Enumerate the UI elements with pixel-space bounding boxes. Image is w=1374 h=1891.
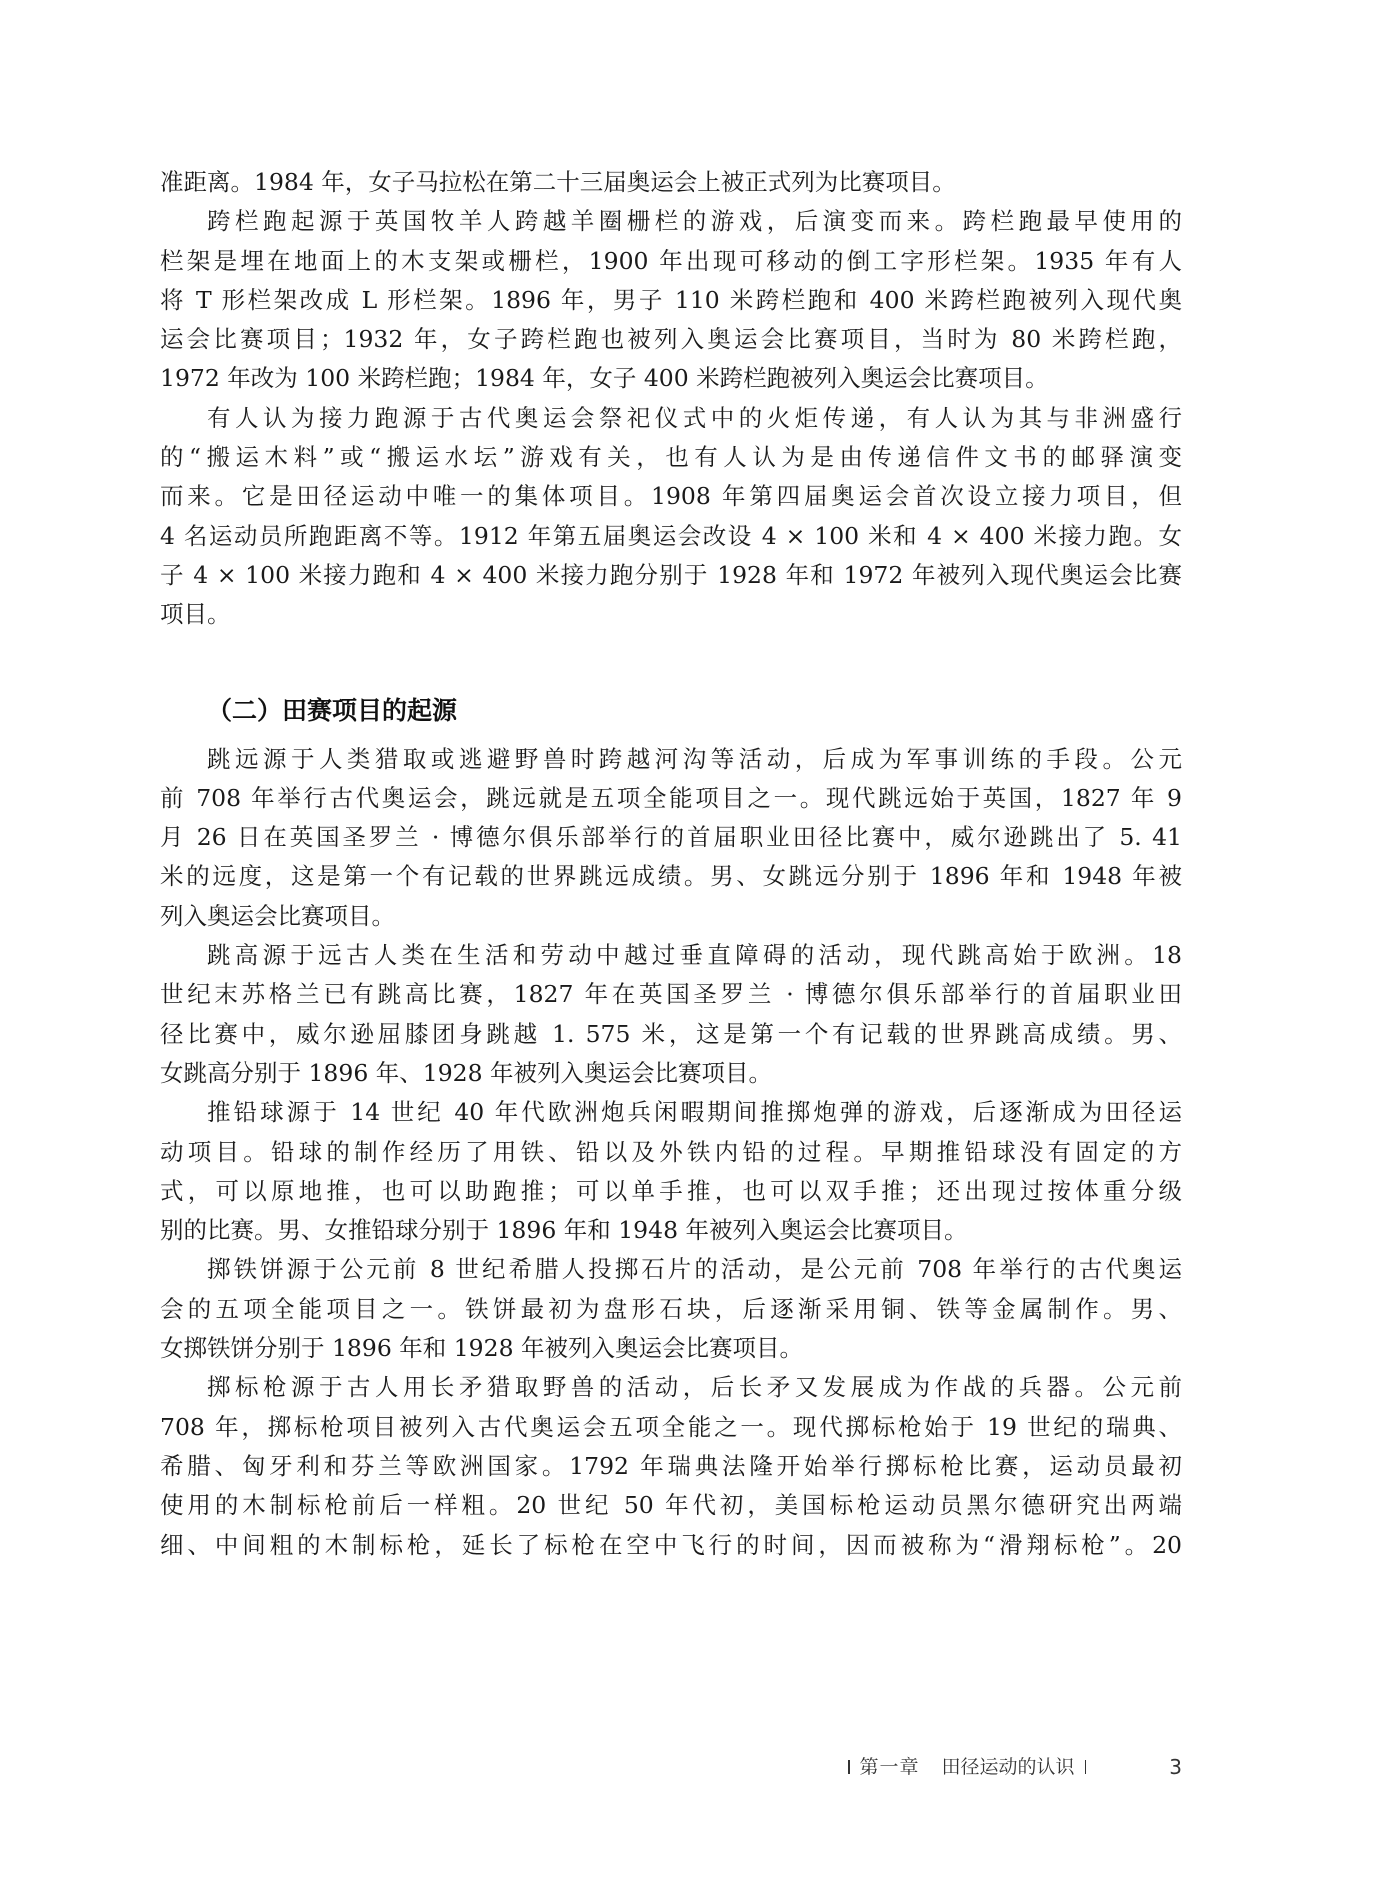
text-line: 的“搬运木料”或“搬运水坛”游戏有关，也有人认为是由传递信件文书的邮驿演变	[160, 438, 1182, 477]
text-line: 有人认为接力跑源于古代奥运会祭祀仪式中的火炬传递，有人认为其与非洲盛行	[160, 399, 1182, 438]
text-line: 项目。	[160, 595, 1182, 634]
paragraph-relay: 有人认为接力跑源于古代奥运会祭祀仪式中的火炬传递，有人认为其与非洲盛行 的“搬运…	[160, 399, 1182, 635]
paragraph-javelin: 掷标枪源于古人用长矛猎取野兽的活动，后长矛又发展成为作战的兵器。公元前 708 …	[160, 1368, 1182, 1564]
text-line: 708 年，掷标枪项目被列入古代奥运会五项全能之一。现代掷标枪始于 19 世纪的…	[160, 1408, 1182, 1447]
text-line: 会的五项全能项目之一。铁饼最初为盘形石块，后逐渐采用铜、铁等金属制作。男、	[160, 1290, 1182, 1329]
text-line: 月 26 日在英国圣罗兰 · 博德尔俱乐部举行的首届职业田径比赛中，威尔逊跳出了…	[160, 818, 1182, 857]
text-line: 女掷铁饼分别于 1896 年和 1928 年被列入奥运会比赛项目。	[160, 1329, 1182, 1368]
text-line: 跳高源于远古人类在生活和劳动中越过垂直障碍的活动，现代跳高始于欧洲。18	[160, 936, 1182, 975]
text-line: 世纪末苏格兰已有跳高比赛，1827 年在英国圣罗兰 · 博德尔俱乐部举行的首届职…	[160, 975, 1182, 1014]
footer-divider-right	[1085, 1760, 1087, 1774]
footer-divider-left	[848, 1760, 850, 1774]
text-line: 1972 年改为 100 米跨栏跑；1984 年，女子 400 米跨栏跑被列入奥…	[160, 359, 1182, 398]
text-line: 米的远度，这是第一个有记载的世界跳远成绩。男、女跳远分别于 1896 年和 19…	[160, 857, 1182, 896]
text-line: 跳远源于人类猎取或逃避野兽时跨越河沟等活动，后成为军事训练的手段。公元	[160, 740, 1182, 779]
text-line: 4 名运动员所跑距离不等。1912 年第五届奥运会改设 4 × 100 米和 4…	[160, 517, 1182, 556]
text-line: 准距离。1984 年，女子马拉松在第二十三届奥运会上被正式列为比赛项目。	[160, 163, 1182, 202]
text-line: 女跳高分别于 1896 年、1928 年被列入奥运会比赛项目。	[160, 1054, 1182, 1093]
paragraph-high-jump: 跳高源于远古人类在生活和劳动中越过垂直障碍的活动，现代跳高始于欧洲。18 世纪末…	[160, 936, 1182, 1093]
footer-chapter: 第一章	[860, 1752, 920, 1782]
text-line: 掷标枪源于古人用长矛猎取野兽的活动，后长矛又发展成为作战的兵器。公元前	[160, 1368, 1182, 1407]
text-line: 别的比赛。男、女推铅球分别于 1896 年和 1948 年被列入奥运会比赛项目。	[160, 1211, 1182, 1250]
text-line: 使用的木制标枪前后一样粗。20 世纪 50 年代初，美国标枪运动员黑尔德研究出两…	[160, 1486, 1182, 1525]
page-number: 3	[1169, 1752, 1182, 1782]
paragraph-hurdles: 跨栏跑起源于英国牧羊人跨越羊圈栅栏的游戏，后演变而来。跨栏跑最早使用的 栏架是埋…	[160, 202, 1182, 398]
text-line: 式，可以原地推，也可以助跑推；可以单手推，也可以双手推；还出现过按体重分级	[160, 1172, 1182, 1211]
text-line: 前 708 年举行古代奥运会，跳远就是五项全能项目之一。现代跳远始于英国，182…	[160, 779, 1182, 818]
page-footer: 第一章 田径运动的认识 3	[838, 1752, 1182, 1782]
text-line: 希腊、匈牙利和芬兰等欧洲国家。1792 年瑞典法隆开始举行掷标枪比赛，运动员最初	[160, 1447, 1182, 1486]
text-line: 跨栏跑起源于英国牧羊人跨越羊圈栅栏的游戏，后演变而来。跨栏跑最早使用的	[160, 202, 1182, 241]
text-line: 推铅球源于 14 世纪 40 年代欧洲炮兵闲暇期间推掷炮弹的游戏，后逐渐成为田径…	[160, 1093, 1182, 1132]
text-line: 细、中间粗的木制标枪，延长了标枪在空中飞行的时间，因而被称为“滑翔标枪”。20	[160, 1526, 1182, 1565]
paragraph-long-jump: 跳远源于人类猎取或逃避野兽时跨越河沟等活动，后成为军事训练的手段。公元 前 70…	[160, 740, 1182, 936]
section-heading: （二）田赛项目的起源	[160, 682, 1182, 740]
text-line: 子 4 × 100 米接力跑和 4 × 400 米接力跑分别于 1928 年和 …	[160, 556, 1182, 595]
footer-chapter-title: 田径运动的认识	[942, 1752, 1075, 1782]
text-line: 将 T 形栏架改成 L 形栏架。1896 年，男子 110 米跨栏跑和 400 …	[160, 281, 1182, 320]
page-body: 准距离。1984 年，女子马拉松在第二十三届奥运会上被正式列为比赛项目。 跨栏跑…	[160, 163, 1182, 1565]
text-line: 运会比赛项目；1932 年，女子跨栏跑也被列入奥运会比赛项目，当时为 80 米跨…	[160, 320, 1182, 359]
paragraph-discus: 掷铁饼源于公元前 8 世纪希腊人投掷石片的活动，是公元前 708 年举行的古代奥…	[160, 1250, 1182, 1368]
text-line: 掷铁饼源于公元前 8 世纪希腊人投掷石片的活动，是公元前 708 年举行的古代奥…	[160, 1250, 1182, 1289]
text-line: 栏架是埋在地面上的木支架或栅栏，1900 年出现可移动的倒工字形栏架。1935 …	[160, 242, 1182, 281]
text-line: 列入奥运会比赛项目。	[160, 897, 1182, 936]
text-line: 动项目。铅球的制作经历了用铁、铅以及外铁内铅的过程。早期推铅球没有固定的方	[160, 1133, 1182, 1172]
paragraph-shot-put: 推铅球源于 14 世纪 40 年代欧洲炮兵闲暇期间推掷炮弹的游戏，后逐渐成为田径…	[160, 1093, 1182, 1250]
text-line: 而来。它是田径运动中唯一的集体项目。1908 年第四届奥运会首次设立接力项目，但	[160, 477, 1182, 516]
text-line: 径比赛中，威尔逊屈膝团身跳越 1. 575 米，这是第一个有记载的世界跳高成绩。…	[160, 1015, 1182, 1054]
